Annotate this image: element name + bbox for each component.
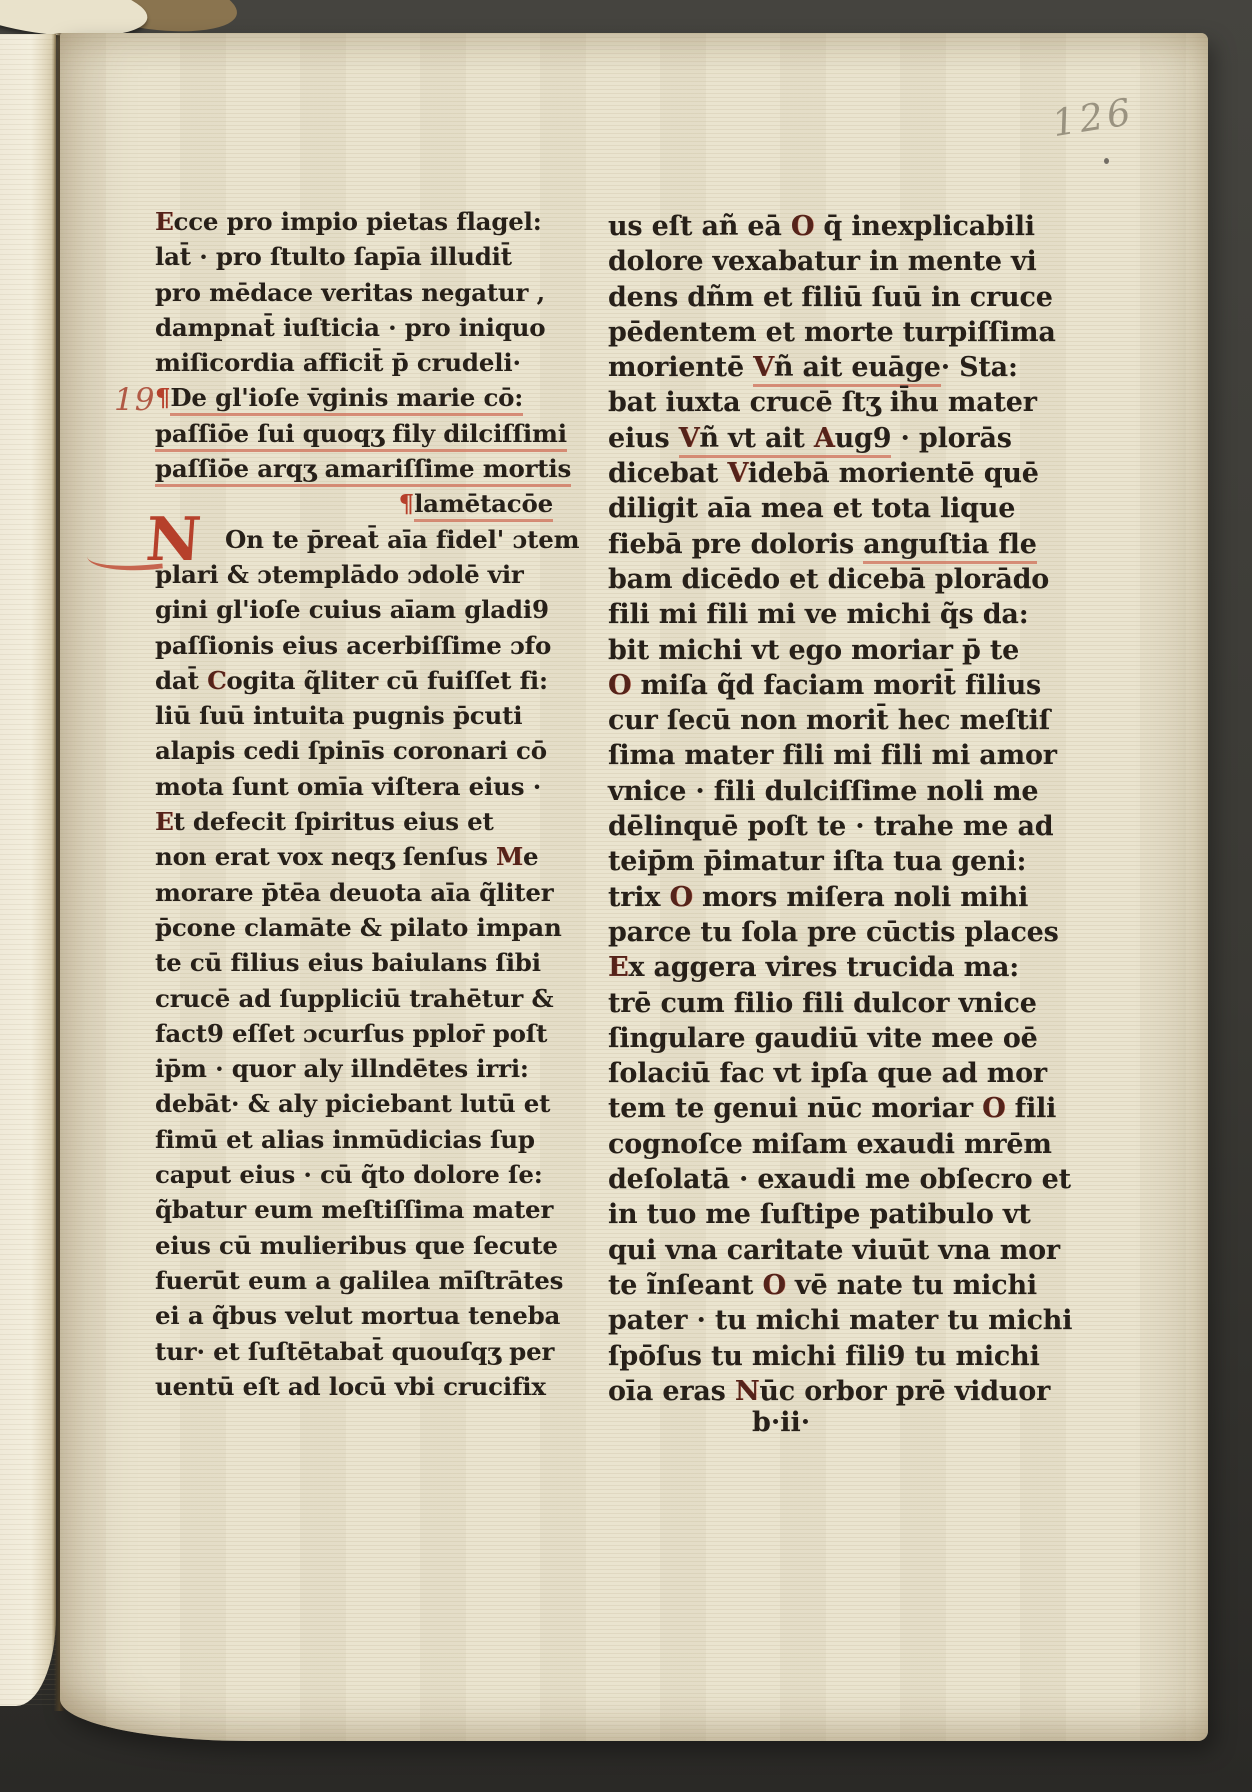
- text-line: gini gl'ioſe cuius aīam gladi9: [155, 592, 559, 627]
- text-line: paſſiōe ſui quoqʒ fily dilciſſimi: [155, 416, 559, 451]
- text-line: dat̄ Cogita q̃liter cū fuiſſet fi:: [155, 663, 559, 698]
- text-line: ip̄m · quor aly illndētes irri:: [155, 1051, 559, 1086]
- book-scan: 126 19 Ecce pro impio pietas flagel:lat̄…: [0, 0, 1252, 1792]
- text-line: uentū eſt ad locū vbi crucifix: [155, 1369, 559, 1404]
- text-line: fimū et alias inmūdicias ſup: [155, 1122, 559, 1157]
- text-line: On te p̄reat̄ aīa fidel' ɔtem: [155, 522, 559, 557]
- text-line: ei a q̃bus velut mortua teneba: [155, 1298, 559, 1333]
- text-line: dēlinquē poſt te · trahe me ad: [608, 809, 1168, 844]
- text-line: crucē ad ſuppliciū trahētur &: [155, 981, 559, 1016]
- text-line: tur· et ſuſtētabat̄ quouſqʒ per: [155, 1334, 559, 1369]
- text-line: vnice · fili dulciſſime noli me: [608, 774, 1168, 809]
- text-line: p̄cone clamāte & pilato impan: [155, 910, 559, 945]
- text-line: in tuo me ſuſtipe patibulo vt: [608, 1197, 1168, 1232]
- text-line: non erat vox neqʒ ſenſus Me: [155, 839, 559, 874]
- text-line: tem te genui nūc moriar O fili: [608, 1091, 1168, 1126]
- text-line: pro mēdace veritas negatur ,: [155, 275, 559, 310]
- text-column-left: Ecce pro impio pietas flagel:lat̄ · pro …: [155, 204, 559, 1404]
- text-line: ¶lamētacōe: [155, 486, 559, 521]
- text-line: ¶De gl'ioſe v̄ginis marie cō:: [155, 380, 559, 415]
- text-line: pēdentem et morte turpiſſima: [608, 315, 1168, 350]
- text-line: dolore vexabatur in mente vi: [608, 244, 1168, 279]
- text-line: te ĩnſeant O vē nate tu michi: [608, 1268, 1168, 1303]
- text-line: O miſa q̃d faciam morit̄ filius: [608, 668, 1168, 703]
- text-line: eius cū mulieribus que ſecute: [155, 1228, 559, 1263]
- text-line: morare p̄tēa deuota aīa q̃liter: [155, 875, 559, 910]
- text-line: cur ſecū non morit̄ hec meſtiſ: [608, 703, 1168, 738]
- quire-signature: b·ii·: [752, 1407, 810, 1438]
- text-line: plari & ɔtemplādo ɔdolē vir: [155, 557, 559, 592]
- text-line: ſima mater fili mi fili mi amor: [608, 738, 1168, 773]
- text-line: fili mi fili mi ve michi q̃s da:: [608, 597, 1168, 632]
- text-line: bat iuxta crucē ſtʒ ih̄u mater: [608, 385, 1168, 420]
- text-line: bam dicēdo et dicebā plorādo: [608, 562, 1168, 597]
- pencil-dot-mark: [1104, 158, 1109, 164]
- text-line: Et defecit ſpiritus eius et: [155, 804, 559, 839]
- text-line: mota ſunt omīa viſtera eius ·: [155, 769, 559, 804]
- text-line: paſſionis eius acerbiſſime ɔfo: [155, 628, 559, 663]
- text-line: deſolatā · exaudi me obſecro et: [608, 1162, 1168, 1197]
- text-line: teip̄m p̄imatur iſta tua geni:: [608, 844, 1168, 879]
- text-line: trix O mors miſera noli mihi: [608, 880, 1168, 915]
- text-line: miſicordia afficit̄ p̄ crudeli·: [155, 345, 559, 380]
- text-line: oīa eras Nūc orbor prē viduor: [608, 1374, 1168, 1409]
- text-line: parce tu ſola pre cūctis places: [608, 915, 1168, 950]
- text-line: caput eius · cū q̃to dolore ſe:: [155, 1157, 559, 1192]
- text-line: alapis cedi ſpinīs coronari cō: [155, 733, 559, 768]
- facing-page-edge: [0, 34, 56, 1706]
- text-line: us eſt añ eā O q̄ inexplicabili: [608, 209, 1168, 244]
- text-column-right: us eſt añ eā O q̄ inexplicabilidolore ve…: [608, 209, 1168, 1409]
- text-line: dicebat Videbā morientē quē: [608, 456, 1168, 491]
- text-line: Ecce pro impio pietas flagel:: [155, 204, 559, 239]
- text-line: dens dñm et filiū ſuū in cruce: [608, 280, 1168, 315]
- text-line: Ex aggera vires trucida ma:: [608, 950, 1168, 985]
- text-line: cognoſce miſam exaudi mrēm: [608, 1127, 1168, 1162]
- text-line: qui vna caritate viuūt vna mor: [608, 1233, 1168, 1268]
- text-line: fiebā pre doloris anguſtia fle: [608, 527, 1168, 562]
- text-line: q̃batur eum meſtiſſima mater: [155, 1192, 559, 1227]
- text-line: diligit aīa mea et tota lique: [608, 491, 1168, 526]
- text-line: trē cum filio fili dulcor vnice: [608, 986, 1168, 1021]
- text-line: pater · tu michi mater tu michi: [608, 1303, 1168, 1338]
- text-line: liū ſuū intuita pugnis p̄cuti: [155, 698, 559, 733]
- text-line: paſſiōe arqʒ amariſſime mortis: [155, 451, 559, 486]
- text-line: ſingulare gaudiū vite mee oē: [608, 1021, 1168, 1056]
- text-line: te cū filius eius baiulans ſibi: [155, 945, 559, 980]
- red-margin-number: 19: [114, 382, 155, 418]
- text-line: fact9 eſſet ɔcurſus pplor̄ poſt: [155, 1016, 559, 1051]
- text-line: fuerūt eum a galilea mīſtrātes: [155, 1263, 559, 1298]
- text-line: lat̄ · pro ſtulto ſapīa illudit̄: [155, 239, 559, 274]
- text-line: ſpōſus tu michi fili9 tu michi: [608, 1339, 1168, 1374]
- text-line: debāt· & aly piciebant lutū et: [155, 1086, 559, 1121]
- text-line: bit michi vt ego moriar p̄ te: [608, 633, 1168, 668]
- text-line: dampnat̄ iuſticia · pro iniquo: [155, 310, 559, 345]
- text-line: ſolaciū fac vt ipſa que ad mor: [608, 1056, 1168, 1091]
- text-line: morientē Vñ ait euāge· Sta:: [608, 350, 1168, 385]
- text-line: eius Vñ vt ait Aug9 · plorās: [608, 421, 1168, 456]
